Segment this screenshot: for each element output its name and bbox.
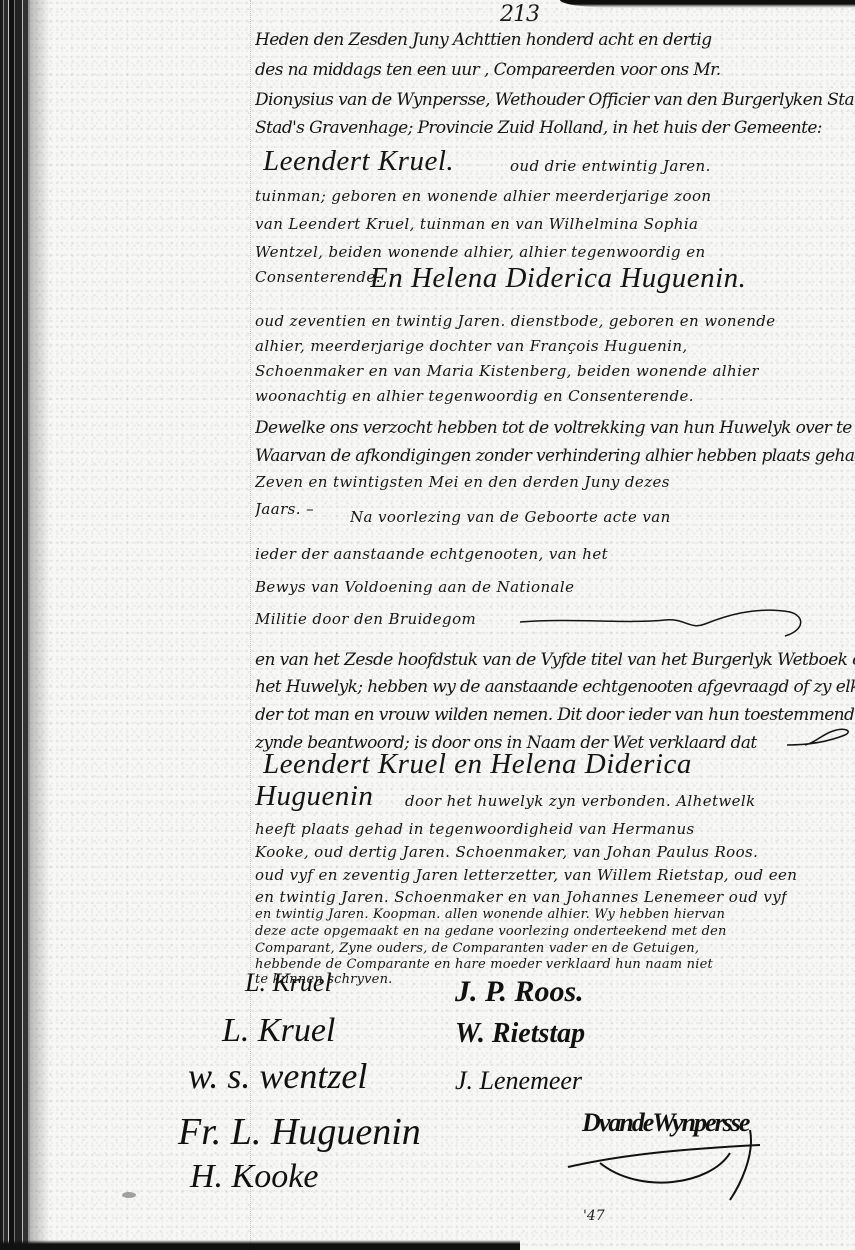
record-line: oud drie entwintig Jaren.: [510, 157, 711, 175]
signature-h-kooke: H. Kooke: [190, 1158, 318, 1196]
bottom-mark: '47: [583, 1208, 605, 1224]
signature-ws-wentzel: w. s. wentzel: [188, 1055, 367, 1097]
record-line: Bewys van Voldoening aan de Nationale: [255, 578, 574, 596]
record-line: en twintig Jaren. Schoenmaker en van Joh…: [255, 888, 787, 906]
document-page: 213 Heden den Zesden Juny Achttien honde…: [0, 0, 855, 1250]
married-couple-names: Leendert Kruel en Helena Diderica: [263, 748, 692, 781]
record-line: en van het Zesde hoofdstuk van de Vyfde …: [255, 650, 855, 670]
signature-l-kruel-father: L. Kruel: [245, 968, 332, 998]
record-line: tuinman; geboren en wonende alhier meerd…: [255, 187, 711, 205]
record-line: Wentzel, beiden wonende alhier, alhier t…: [255, 243, 706, 261]
page-top-edge-shadow: [560, 0, 855, 8]
record-line: Dewelke ons verzocht hebben tot de voltr…: [255, 418, 855, 438]
record-line: door het huwelyk zyn verbonden. Alhetwel…: [405, 792, 756, 810]
record-line: het Huwelyk; hebben wy de aanstaande ech…: [255, 677, 855, 697]
folio-number: 213: [500, 2, 539, 27]
record-line: Heden den Zesden Juny Achttien honderd a…: [255, 30, 712, 50]
bride-surname: Huguenin: [255, 780, 373, 813]
record-line: ieder der aanstaande echtgenooten, van h…: [255, 545, 608, 563]
record-line: der tot man en vrouw wilden nemen. Dit d…: [255, 705, 854, 725]
record-line: Consenterende.: [255, 268, 381, 286]
groom-name: Leendert Kruel.: [263, 145, 454, 178]
record-line: oud vyf en zeventig Jaren letterzetter, …: [255, 866, 797, 884]
record-line: alhier, meerderjarige dochter van Franço…: [255, 337, 688, 355]
record-line: des na middags ten een uur , Compareerde…: [255, 60, 721, 80]
record-line: Kooke, oud dertig Jaren. Schoenmaker, va…: [255, 843, 758, 861]
book-binding-edge: [0, 0, 30, 1250]
signature-l-kruel-groom: L. Kruel: [222, 1012, 335, 1050]
record-line: Dionysius van de Wynpersse, Wethouder Of…: [255, 90, 855, 110]
record-line: Zeven en twintigsten Mei en den derden J…: [255, 473, 670, 491]
page-bottom-edge-shadow: [0, 1240, 520, 1250]
record-line: heeft plaats gehad in tegenwoordigheid v…: [255, 820, 695, 838]
record-line: Militie door den Bruidegom: [255, 610, 476, 628]
binding-shadow: [30, 0, 50, 1250]
record-line: deze acte opgemaakt en na gedane voorlez…: [255, 924, 727, 939]
signature-j-lenemeer: J. Lenemeer: [455, 1066, 582, 1096]
record-line: van Leendert Kruel, tuinman en van Wilhe…: [255, 215, 698, 233]
record-line: Jaars. –: [255, 500, 314, 518]
record-line: Comparant, Zyne ouders, de Comparanten v…: [255, 941, 699, 956]
bride-name: En Helena Diderica Huguenin.: [370, 262, 746, 295]
ink-smudge: [122, 1192, 136, 1198]
record-line: Stad's Gravenhage; Provincie Zuid Hollan…: [255, 118, 822, 138]
record-line: Schoenmaker en van Maria Kistenberg, bei…: [255, 362, 759, 380]
signature-w-rietstap: W. Rietstap: [455, 1018, 585, 1050]
flourish-line-icon: [515, 600, 815, 640]
signature-jp-roos: J. P. Roos.: [455, 975, 584, 1009]
record-line: Na voorlezing van de Geboorte acte van: [350, 508, 671, 526]
record-line: woonachtig en alhier tegenwoordig en Con…: [255, 387, 694, 405]
record-line: oud zeventien en twintig Jaren. dienstbo…: [255, 312, 776, 330]
record-line: Waarvan de afkondigingen zonder verhinde…: [255, 446, 855, 466]
flourish-loop-icon: [785, 725, 855, 755]
signature-fr-l-huguenin: Fr. L. Huguenin: [178, 1110, 421, 1154]
record-line: en twintig Jaren. Koopman. allen wonende…: [255, 907, 725, 922]
